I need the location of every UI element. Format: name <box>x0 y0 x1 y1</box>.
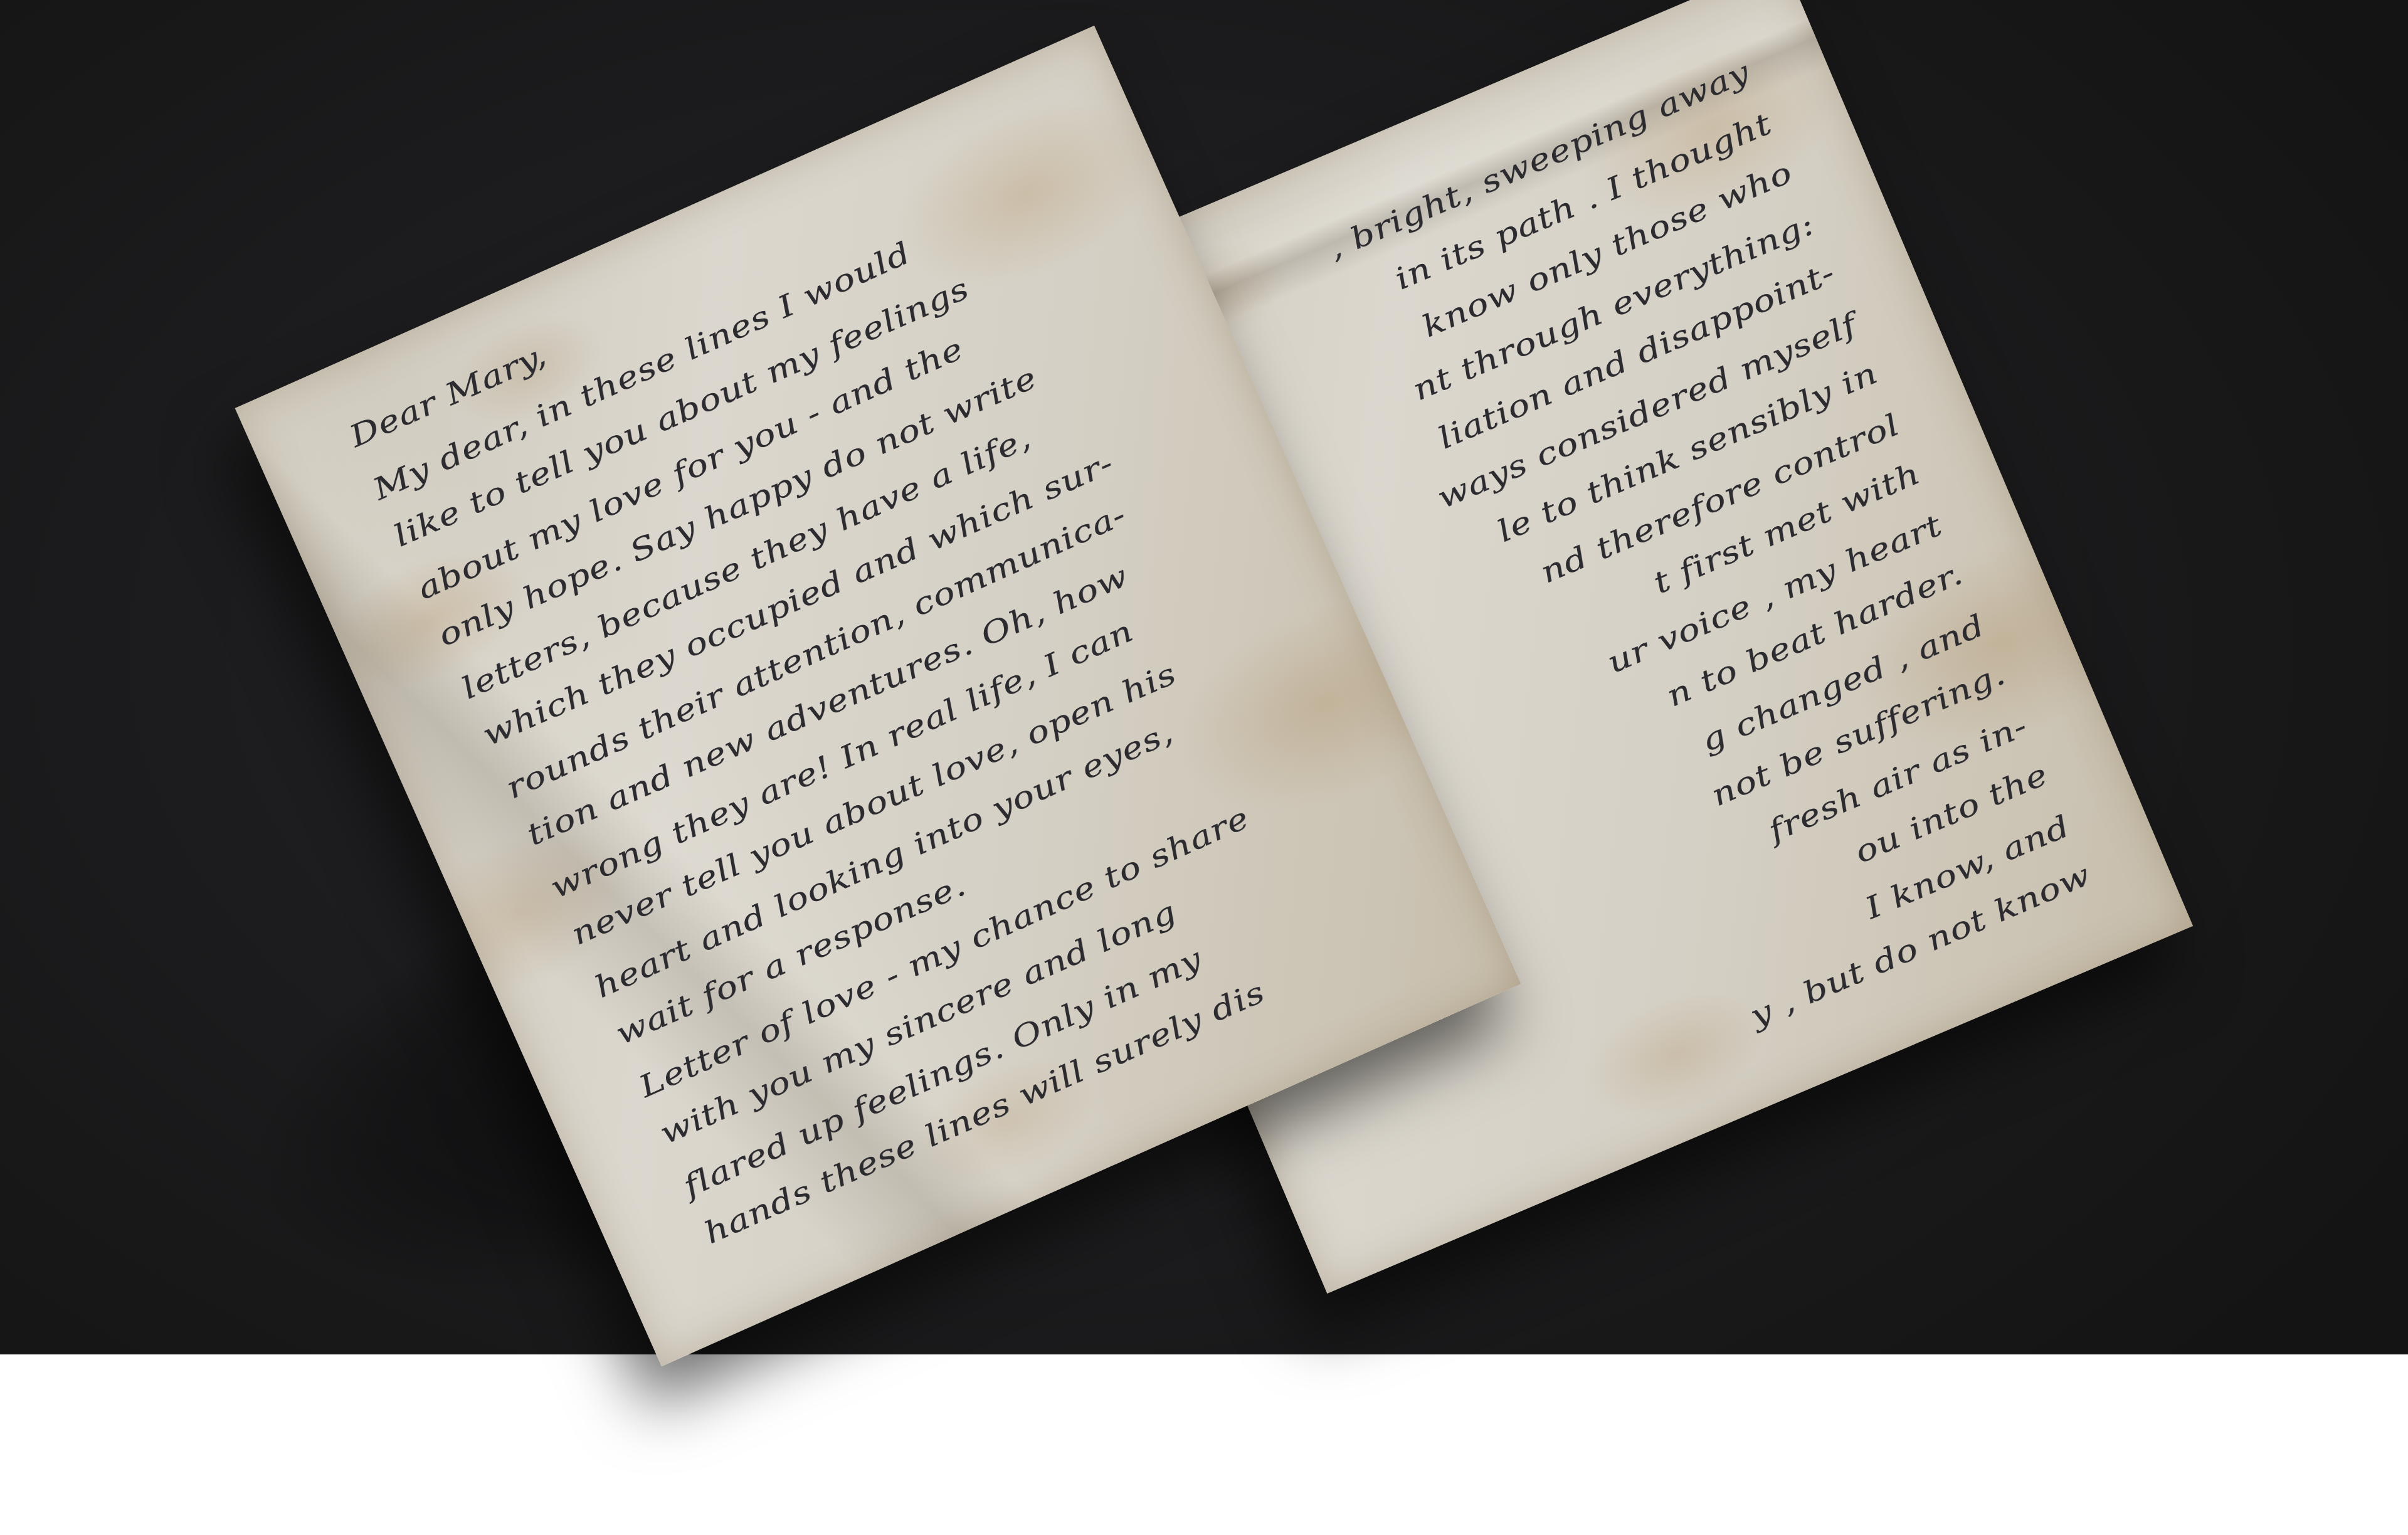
photo-backdrop: , bright, sweeping away in its path . I … <box>0 0 2408 1354</box>
